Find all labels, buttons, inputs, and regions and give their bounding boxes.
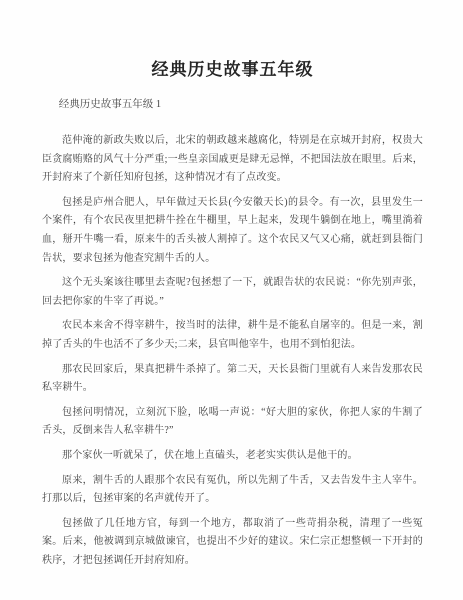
- document-page: 经典历史故事五年级 经典历史故事五年级 1 范仲淹的新政失败以后，北宋的朝政越来…: [0, 0, 463, 600]
- paragraph: 包拯问明情况，立刻沉下脸，吆喝一声说：“好大胆的家伙，你把人家的牛割了舌头，反倒…: [42, 404, 423, 441]
- paragraph: 那农民回家后，果真把耕牛杀掉了。第二天，天长县衙门里就有人来告发那农民私宰耕牛。: [42, 361, 423, 398]
- paragraph: 原来，割牛舌的人跟那个农民有冤仇，所以先割了牛舌，又去告发牛主人宰牛。打那以后，…: [42, 472, 423, 509]
- paragraph: 这个无头案该往哪里去查呢?包拯想了一下，就跟告状的农民说：“你先别声张，回去把你…: [42, 274, 423, 311]
- document-body: 范仲淹的新政失败以后，北宋的朝政越来越腐化，特别是在京城开封府，权贵大臣贪腐贿赂…: [42, 132, 423, 570]
- paragraph: 农民本来舍不得宰耕牛，按当时的法律，耕牛是不能私自屠宰的。但是一来，割掉了舌头的…: [42, 317, 423, 354]
- paragraph: 范仲淹的新政失败以后，北宋的朝政越来越腐化，特别是在京城开封府，权贵大臣贪腐贿赂…: [42, 132, 423, 188]
- document-title: 经典历史故事五年级: [42, 58, 423, 82]
- section-heading: 经典历史故事五年级 1: [42, 98, 423, 112]
- paragraph: 包拯做了几任地方官，每到一个地方，都取消了一些苛捐杂税，清理了一些冤案。后来，他…: [42, 515, 423, 571]
- paragraph: 那个家伙一听就呆了，伏在地上直磕头，老老实实供认是他干的。: [42, 447, 423, 466]
- paragraph: 包拯是庐州合肥人，早年做过天长县(今安徽天长)的县令。有一次，县里发生一个案件，…: [42, 194, 423, 268]
